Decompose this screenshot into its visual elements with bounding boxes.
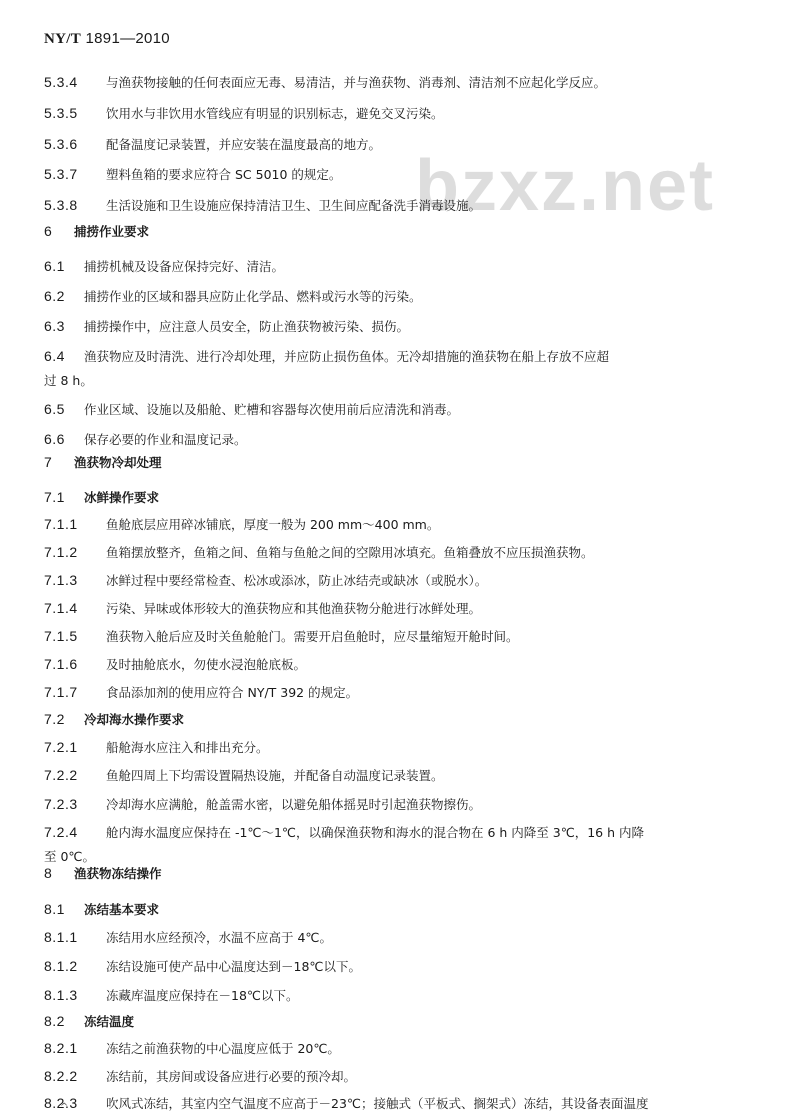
- clause-line: 6.5作业区域、设施以及船舱、贮槽和容器每次使用前后应清洗和消毒。: [44, 400, 459, 419]
- clause-number: 7.1.7: [44, 683, 106, 701]
- clause-text: 食品添加剂的使用应符合 NY/T 392 的规定。: [106, 685, 358, 700]
- clause-number: 8.1.1: [44, 928, 106, 946]
- clause-number: 8.1.3: [44, 986, 106, 1004]
- clause-line: 6.3捕捞操作中，应注意人员安全，防止渔获物被污染、损伤。: [44, 317, 409, 336]
- clause-number: 8.1: [44, 900, 84, 918]
- clause-line: 6.1捕捞机械及设备应保持完好、清洁。: [44, 257, 284, 276]
- clause-line: 5.3.8生活设施和卫生设施应保持清洁卫生、卫生间应配备洗手消毒设施。: [44, 196, 481, 215]
- heading-text: 冻结温度: [84, 1014, 134, 1029]
- clause-text: 塑料鱼箱的要求应符合 SC 5010 的规定。: [106, 167, 341, 182]
- clause-text: 污染、异味或体形较大的渔获物应和其他渔获物分舱进行冰鲜处理。: [106, 601, 481, 616]
- clause-line: 8.2.1冻结之前渔获物的中心温度应低于 20℃。: [44, 1039, 340, 1058]
- clause-text: 捕捞作业的区域和器具应防止化学品、燃料或污水等的污染。: [84, 289, 422, 304]
- clause-number: 5.3.7: [44, 165, 106, 183]
- clause-number: 7.2.4: [44, 823, 106, 841]
- clause-line: 7.1.5渔获物入舱后应及时关鱼舱舱门。需要开启鱼舱时，应尽量缩短开舱时间。: [44, 627, 519, 646]
- clause-number: 8.1.2: [44, 957, 106, 975]
- clause-text: 及时抽舱底水，勿使水浸泡舱底板。: [106, 657, 306, 672]
- clause-text: 饮用水与非饮用水管线应有明显的识别标志，避免交叉污染。: [106, 106, 444, 121]
- clause-text: 作业区域、设施以及船舱、贮槽和容器每次使用前后应清洗和消毒。: [84, 402, 459, 417]
- clause-text: 捕捞机械及设备应保持完好、清洁。: [84, 259, 284, 274]
- clause-text: 捕捞操作中，应注意人员安全，防止渔获物被污染、损伤。: [84, 319, 409, 334]
- clause-line: 7.2.4舱内海水温度应保持在 -1℃～1℃，以确保渔获物和海水的混合物在 6 …: [44, 823, 644, 842]
- clause-line: 8.1.3冻藏库温度应保持在－18℃以下。: [44, 986, 298, 1005]
- clause-text: 舱内海水温度应保持在 -1℃～1℃，以确保渔获物和海水的混合物在 6 h 内降至…: [106, 825, 644, 840]
- section-heading: 8.1冻结基本要求: [44, 900, 159, 919]
- clause-line: 8.2.3吹风式冻结，其室内空气温度不应高于－23℃；接触式（平板式、搁架式）冻…: [44, 1094, 648, 1113]
- section-heading: 7渔获物冷却处理: [44, 453, 162, 472]
- clause-line: 7.1.4污染、异味或体形较大的渔获物应和其他渔获物分舱进行冰鲜处理。: [44, 599, 481, 618]
- clause-text: 渔获物应及时清洗、进行冷却处理，并应防止损伤鱼体。无冷却措施的渔获物在船上存放不…: [84, 349, 609, 364]
- clause-text: 鱼舱底层应用碎冰铺底，厚度一般为 200 mm～400 mm。: [106, 517, 439, 532]
- clause-number: 8: [44, 864, 74, 882]
- heading-text: 冷却海水操作要求: [84, 712, 184, 727]
- clause-text: 鱼舱四周上下均需设置隔热设施，并配备自动温度记录装置。: [106, 768, 444, 783]
- clause-text: 冰鲜过程中要经常检查、松冰或添冰，防止冰结壳或缺冰（或脱水）。: [106, 573, 487, 588]
- clause-number: 8.2.1: [44, 1039, 106, 1057]
- clause-number: 7.2.2: [44, 766, 106, 784]
- heading-text: 冰鲜操作要求: [84, 490, 159, 505]
- clause-line: 5.3.7塑料鱼箱的要求应符合 SC 5010 的规定。: [44, 165, 341, 184]
- clause-number: 6.5: [44, 400, 84, 418]
- clause-number: 6.4: [44, 347, 84, 365]
- clause-line: 7.1.3冰鲜过程中要经常检查、松冰或添冰，防止冰结壳或缺冰（或脱水）。: [44, 571, 487, 590]
- clause-number: 7.1.1: [44, 515, 106, 533]
- clause-number: 6.6: [44, 430, 84, 448]
- standard-number: 1891—2010: [86, 30, 170, 47]
- clause-number: 8.2.2: [44, 1067, 106, 1085]
- clause-number: 6.2: [44, 287, 84, 305]
- section-heading: 7.2冷却海水操作要求: [44, 710, 184, 729]
- clause-text: 渔获物入舱后应及时关鱼舱舱门。需要开启鱼舱时，应尽量缩短开舱时间。: [106, 629, 519, 644]
- standard-header: NY/T 1891—2010: [44, 30, 170, 48]
- clause-line: 7.1.2鱼箱摆放整齐，鱼箱之间、鱼箱与鱼舱之间的空隙用冰填充。鱼箱叠放不应压损…: [44, 543, 594, 562]
- clause-number: 8.2.3: [44, 1094, 106, 1112]
- clause-line: 7.1.7食品添加剂的使用应符合 NY/T 392 的规定。: [44, 683, 358, 702]
- clause-number: 7.1.6: [44, 655, 106, 673]
- clause-number: 5.3.5: [44, 104, 106, 122]
- clause-line: 6.4渔获物应及时清洗、进行冷却处理，并应防止损伤鱼体。无冷却措施的渔获物在船上…: [44, 347, 609, 366]
- clause-number: 8.2: [44, 1012, 84, 1030]
- clause-text: 船舱海水应注入和排出充分。: [106, 740, 269, 755]
- clause-text: 与渔获物接触的任何表面应无毒、易清洁，并与渔获物、消毒剂、清洁剂不应起化学反应。: [106, 75, 606, 90]
- clause-number: 7.1.4: [44, 599, 106, 617]
- clause-number: 5.3.4: [44, 73, 106, 91]
- clause-line: 7.2.1船舱海水应注入和排出充分。: [44, 738, 269, 757]
- clause-number: 7.1.2: [44, 543, 106, 561]
- clause-text: 冻结之前渔获物的中心温度应低于 20℃。: [106, 1041, 340, 1056]
- clause-text: 鱼箱摆放整齐，鱼箱之间、鱼箱与鱼舱之间的空隙用冰填充。鱼箱叠放不应压损渔获物。: [106, 545, 594, 560]
- clause-text: 过 8 h。: [44, 373, 93, 388]
- clause-number: 7.2: [44, 710, 84, 728]
- clause-line: 5.3.4与渔获物接触的任何表面应无毒、易清洁，并与渔获物、消毒剂、清洁剂不应起…: [44, 73, 606, 92]
- clause-line: 5.3.5饮用水与非饮用水管线应有明显的识别标志，避免交叉污染。: [44, 104, 444, 123]
- clause-line: 7.1.6及时抽舱底水，勿使水浸泡舱底板。: [44, 655, 306, 674]
- clause-text: 冻结前，其房间或设备应进行必要的预冷却。: [106, 1069, 356, 1084]
- clause-text: 冻藏库温度应保持在－18℃以下。: [106, 988, 298, 1003]
- clause-number: 6.3: [44, 317, 84, 335]
- clause-text: 生活设施和卫生设施应保持清洁卫生、卫生间应配备洗手消毒设施。: [106, 198, 481, 213]
- section-heading: 8.2冻结温度: [44, 1012, 134, 1031]
- clause-number: 7.2.3: [44, 795, 106, 813]
- heading-text: 捕捞作业要求: [74, 224, 149, 239]
- clause-number: 7: [44, 453, 74, 471]
- clause-line: 6.2捕捞作业的区域和器具应防止化学品、燃料或污水等的污染。: [44, 287, 422, 306]
- section-heading: 6捕捞作业要求: [44, 222, 149, 241]
- clause-line: 8.1.1冻结用水应经预冷，水温不应高于 4℃。: [44, 928, 332, 947]
- clause-number: 6.1: [44, 257, 84, 275]
- clause-line: 7.1.1鱼舱底层应用碎冰铺底，厚度一般为 200 mm～400 mm。: [44, 515, 439, 534]
- clause-line: 8.2.2冻结前，其房间或设备应进行必要的预冷却。: [44, 1067, 356, 1086]
- document-page: bzxz.net NY/T 1891—2010 5.3.4与渔获物接触的任何表面…: [0, 0, 800, 1113]
- clause-number: 7.1.3: [44, 571, 106, 589]
- clause-line: 7.2.2鱼舱四周上下均需设置隔热设施，并配备自动温度记录装置。: [44, 766, 444, 785]
- clause-line: 5.3.6配备温度记录装置，并应安装在温度最高的地方。: [44, 135, 381, 154]
- clause-line: 8.1.2冻结设施可使产品中心温度达到－18℃以下。: [44, 957, 361, 976]
- clause-text: 至 0℃。: [44, 849, 95, 864]
- section-heading: 7.1冰鲜操作要求: [44, 488, 159, 507]
- clause-text: 配备温度记录装置，并应安装在温度最高的地方。: [106, 137, 381, 152]
- clause-text: 保存必要的作业和温度记录。: [84, 432, 247, 447]
- clause-text: 冷却海水应满舱，舱盖需水密，以避免船体摇晃时引起渔获物擦伤。: [106, 797, 481, 812]
- heading-text: 冻结基本要求: [84, 902, 159, 917]
- clause-number: 7.1.5: [44, 627, 106, 645]
- heading-text: 渔获物冻结操作: [74, 866, 162, 881]
- clause-number: 7.2.1: [44, 738, 106, 756]
- clause-number: 6: [44, 222, 74, 240]
- clause-number: 7.1: [44, 488, 84, 506]
- section-heading: 8渔获物冻结操作: [44, 864, 162, 883]
- clause-line: 7.2.3冷却海水应满舱，舱盖需水密，以避免船体摇晃时引起渔获物擦伤。: [44, 795, 481, 814]
- clause-number: 5.3.6: [44, 135, 106, 153]
- clause-line: 6.6保存必要的作业和温度记录。: [44, 430, 247, 449]
- clause-text: 冻结设施可使产品中心温度达到－18℃以下。: [106, 959, 361, 974]
- clause-continuation: 过 8 h。: [44, 372, 93, 390]
- clause-text: 吹风式冻结，其室内空气温度不应高于－23℃；接触式（平板式、搁架式）冻结，其设备…: [106, 1096, 648, 1111]
- heading-text: 渔获物冷却处理: [74, 455, 162, 470]
- standard-prefix: NY/T: [44, 31, 81, 47]
- clause-text: 冻结用水应经预冷，水温不应高于 4℃。: [106, 930, 332, 945]
- clause-number: 5.3.8: [44, 196, 106, 214]
